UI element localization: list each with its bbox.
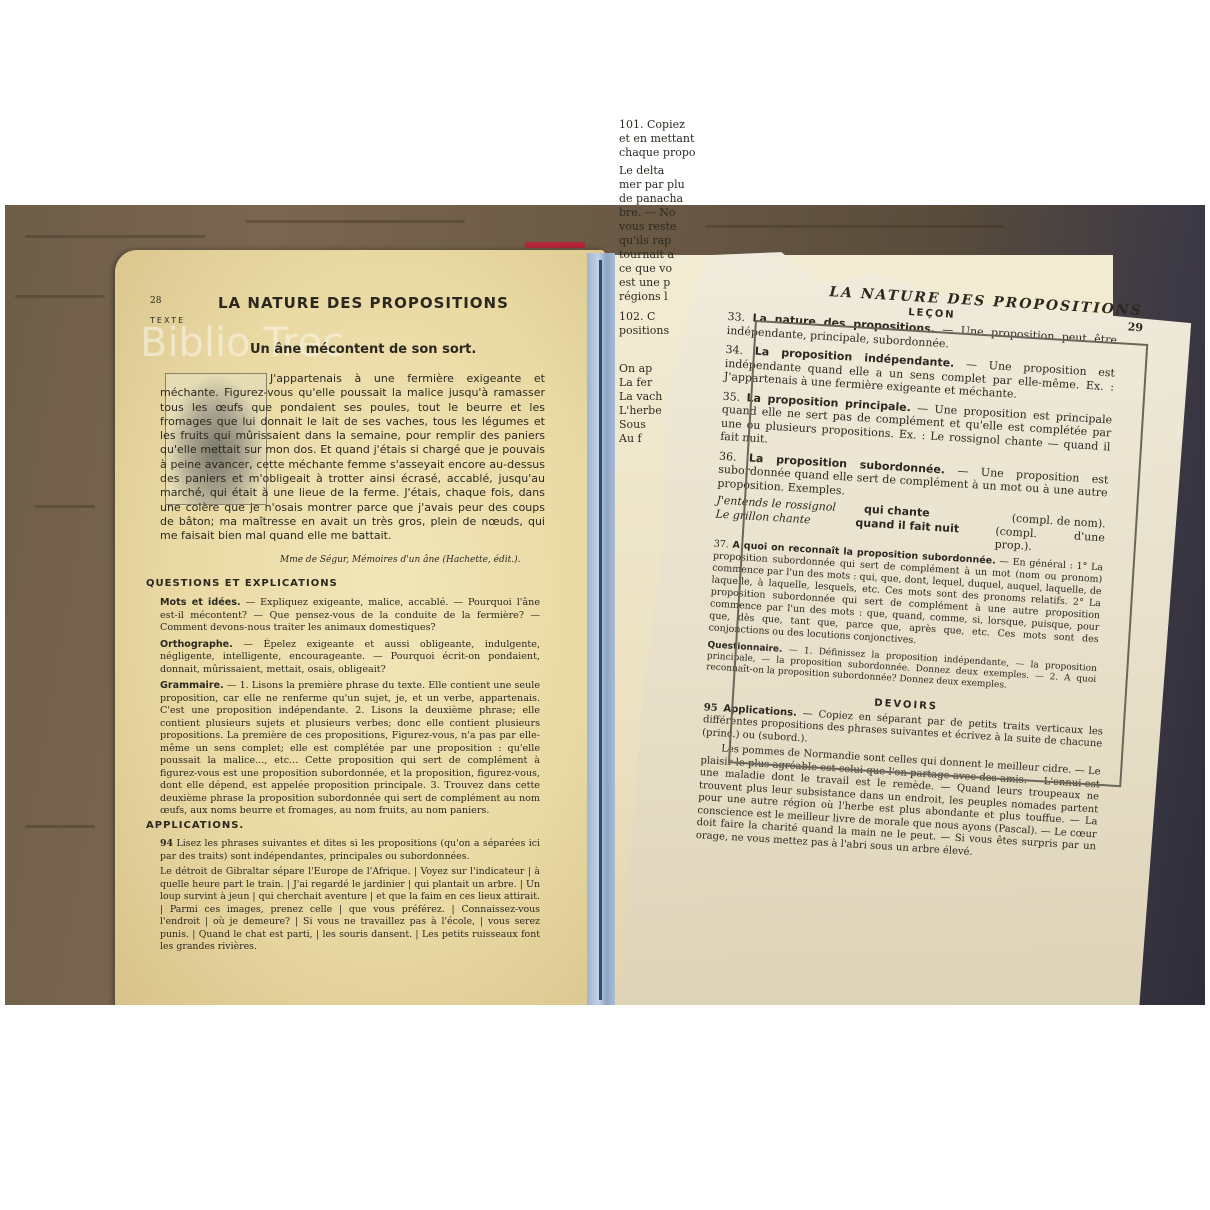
exercise-94: 94 Lisez les phrases suivantes et dites … — [160, 838, 540, 954]
reading-attribution: Mme de Ségur, Mémoires d'un âne (Hachett… — [280, 555, 520, 565]
question-spelling: Orthographe. — Épelez exigeante et aussi… — [160, 639, 540, 677]
left-running-title: LA NATURE DES PROPOSITIONS — [218, 294, 509, 312]
red-cover-edge — [525, 242, 585, 248]
wood-grain — [245, 220, 465, 223]
lesson-label: LEÇON — [908, 307, 956, 321]
reading-title: Un âne mécontent de son sort. — [250, 342, 476, 357]
wood-grain — [35, 505, 95, 508]
question-words: Mots et idées. — Expliquez exigeante, ma… — [160, 597, 540, 635]
underlying-page-text: 101. Copiezet en mettantchaque propo Le … — [619, 118, 709, 446]
applications-heading: APPLICATIONS. — [146, 820, 244, 831]
loose-page-number: 29 — [1127, 320, 1143, 334]
left-page-number: 28 — [150, 296, 161, 306]
question-grammar: Grammaire. — 1. Lisons la première phras… — [160, 680, 540, 818]
wood-grain — [705, 225, 1005, 228]
questions-heading: QUESTIONS ET EXPLICATIONS — [146, 578, 338, 589]
reading-text: J'appartenais à une fermière exigeante e… — [160, 372, 545, 544]
lesson-frame-border — [728, 320, 1148, 787]
wood-grain — [25, 235, 205, 238]
questions-block: Mots et idées. — Expliquez exigeante, ma… — [160, 597, 540, 818]
wood-grain — [25, 825, 95, 828]
binding-thread — [599, 260, 602, 1000]
wood-grain — [15, 295, 105, 298]
